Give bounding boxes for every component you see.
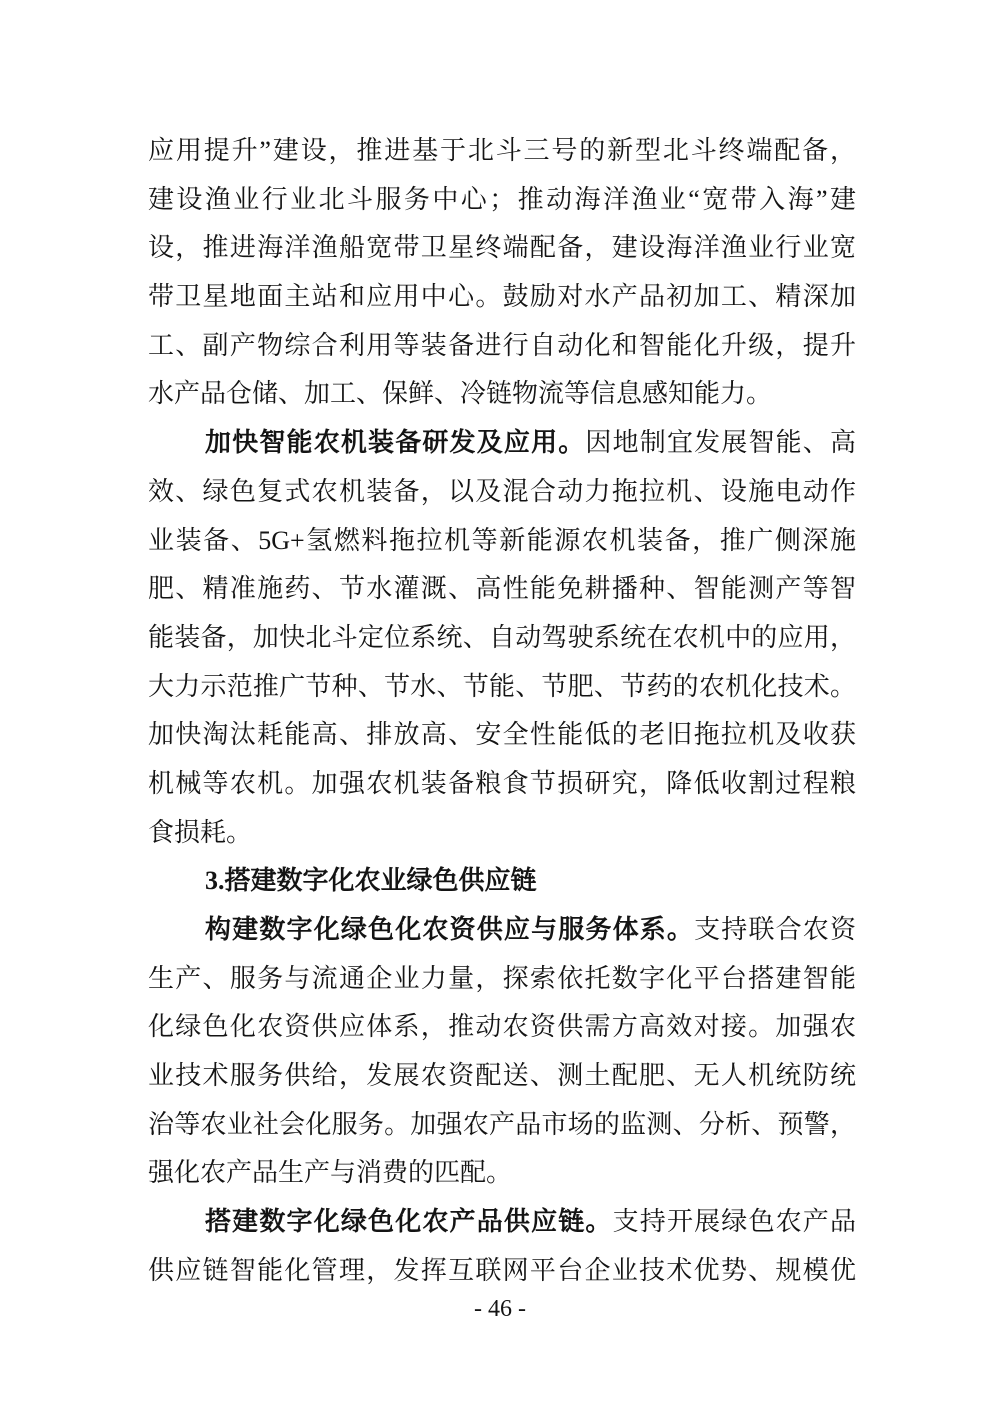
text-line: 带卫星地面主站和应用中心。鼓励对水产品初加工、精深加 <box>148 273 856 322</box>
text-line: 工、副产物综合利用等装备进行自动化和智能化升级，提升 <box>148 322 856 371</box>
line-text: 强化农产品生产与消费的匹配。 <box>148 1158 512 1187</box>
text-line: 肥、精准施药、节水灌溉、高性能免耕播种、智能测产等智 <box>148 565 856 614</box>
line-text: 生产、服务与流通企业力量，探索依托数字化平台搭建智能 <box>148 964 856 993</box>
line-text: 机械等农机。加强农机装备粮食节损研究，降低收割过程粮 <box>148 769 856 798</box>
line-bold-lead: 加快智能农机装备研发及应用。 <box>205 428 585 457</box>
text-line: 设，推进海洋渔船宽带卫星终端配备，建设海洋渔业行业宽 <box>148 224 856 273</box>
line-text: 因地制宜发展智能、高 <box>585 428 856 457</box>
line-text: 业装备、5G+氢燃料拖拉机等新能源农机装备，推广侧深施 <box>148 526 856 555</box>
line-text: 应用提升”建设，推进基于北斗三号的新型北斗终端配备， <box>148 136 856 165</box>
text-line: 强化农产品生产与消费的匹配。 <box>148 1149 856 1198</box>
line-text: 加快淘汰耗能高、排放高、安全性能低的老旧拖拉机及收获 <box>148 720 856 749</box>
line-text: 支持联合农资 <box>694 915 856 944</box>
text-line: 水产品仓储、加工、保鲜、冷链物流等信息感知能力。 <box>148 370 856 419</box>
text-line: 化绿色化农资供应体系，推动农资供需方高效对接。加强农 <box>148 1003 856 1052</box>
line-text: 能装备，加快北斗定位系统、自动驾驶系统在农机中的应用， <box>148 623 856 652</box>
line-text: 供应链智能化管理，发挥互联网平台企业技术优势、规模优 <box>148 1256 856 1285</box>
text-line: 治等农业社会化服务。加强农产品市场的监测、分析、预警， <box>148 1101 856 1150</box>
text-line: 业技术服务供给，发展农资配送、测土配肥、无人机统防统 <box>148 1052 856 1101</box>
line-text: 食损耗。 <box>148 818 252 847</box>
line-text: 支持开展绿色农产品 <box>613 1207 856 1236</box>
text-line: 搭建数字化绿色化农产品供应链。支持开展绿色农产品 <box>148 1198 856 1247</box>
text-line: 应用提升”建设，推进基于北斗三号的新型北斗终端配备， <box>148 127 856 176</box>
line-text: 工、副产物综合利用等装备进行自动化和智能化升级，提升 <box>148 331 856 360</box>
line-text: 化绿色化农资供应体系，推动农资供需方高效对接。加强农 <box>148 1012 856 1041</box>
line-text: 肥、精准施药、节水灌溉、高性能免耕播种、智能测产等智 <box>148 574 856 603</box>
line-text: 大力示范推广节种、节水、节能、节肥、节药的农机化技术。 <box>148 672 856 701</box>
page-number: - 46 - <box>0 1294 1000 1324</box>
text-line: 加快智能农机装备研发及应用。因地制宜发展智能、高 <box>148 419 856 468</box>
line-text: 带卫星地面主站和应用中心。鼓励对水产品初加工、精深加 <box>148 282 856 311</box>
line-text: 建设渔业行业北斗服务中心；推动海洋渔业“宽带入海”建 <box>148 185 856 214</box>
text-line: 大力示范推广节种、节水、节能、节肥、节药的农机化技术。 <box>148 663 856 712</box>
text-line: 效、绿色复式农机装备，以及混合动力拖拉机、设施电动作 <box>148 468 856 517</box>
line-text: 效、绿色复式农机装备，以及混合动力拖拉机、设施电动作 <box>148 477 856 506</box>
text-line: 供应链智能化管理，发挥互联网平台企业技术优势、规模优 <box>148 1247 856 1296</box>
text-line: 能装备，加快北斗定位系统、自动驾驶系统在农机中的应用， <box>148 614 856 663</box>
line-text: 治等农业社会化服务。加强农产品市场的监测、分析、预警， <box>148 1110 856 1139</box>
line-bold-lead: 搭建数字化绿色化农产品供应链。 <box>205 1207 613 1236</box>
line-text: 业技术服务供给，发展农资配送、测土配肥、无人机统防统 <box>148 1061 856 1090</box>
document-body: 应用提升”建设，推进基于北斗三号的新型北斗终端配备，建设渔业行业北斗服务中心；推… <box>148 127 856 1296</box>
line-bold-lead: 构建数字化绿色化农资供应与服务体系。 <box>205 915 694 944</box>
text-line: 食损耗。 <box>148 809 856 858</box>
line-text: 设，推进海洋渔船宽带卫星终端配备，建设海洋渔业行业宽 <box>148 233 856 262</box>
text-line: 3.搭建数字化农业绿色供应链 <box>148 857 856 906</box>
text-line: 生产、服务与流通企业力量，探索依托数字化平台搭建智能 <box>148 955 856 1004</box>
document-page: 应用提升”建设，推进基于北斗三号的新型北斗终端配备，建设渔业行业北斗服务中心；推… <box>0 0 1000 1414</box>
line-text: 水产品仓储、加工、保鲜、冷链物流等信息感知能力。 <box>148 379 772 408</box>
text-line: 建设渔业行业北斗服务中心；推动海洋渔业“宽带入海”建 <box>148 176 856 225</box>
text-line: 加快淘汰耗能高、排放高、安全性能低的老旧拖拉机及收获 <box>148 711 856 760</box>
text-line: 业装备、5G+氢燃料拖拉机等新能源农机装备，推广侧深施 <box>148 517 856 566</box>
text-line: 构建数字化绿色化农资供应与服务体系。支持联合农资 <box>148 906 856 955</box>
text-line: 机械等农机。加强农机装备粮食节损研究，降低收割过程粮 <box>148 760 856 809</box>
line-bold-lead: 3.搭建数字化农业绿色供应链 <box>205 866 537 895</box>
